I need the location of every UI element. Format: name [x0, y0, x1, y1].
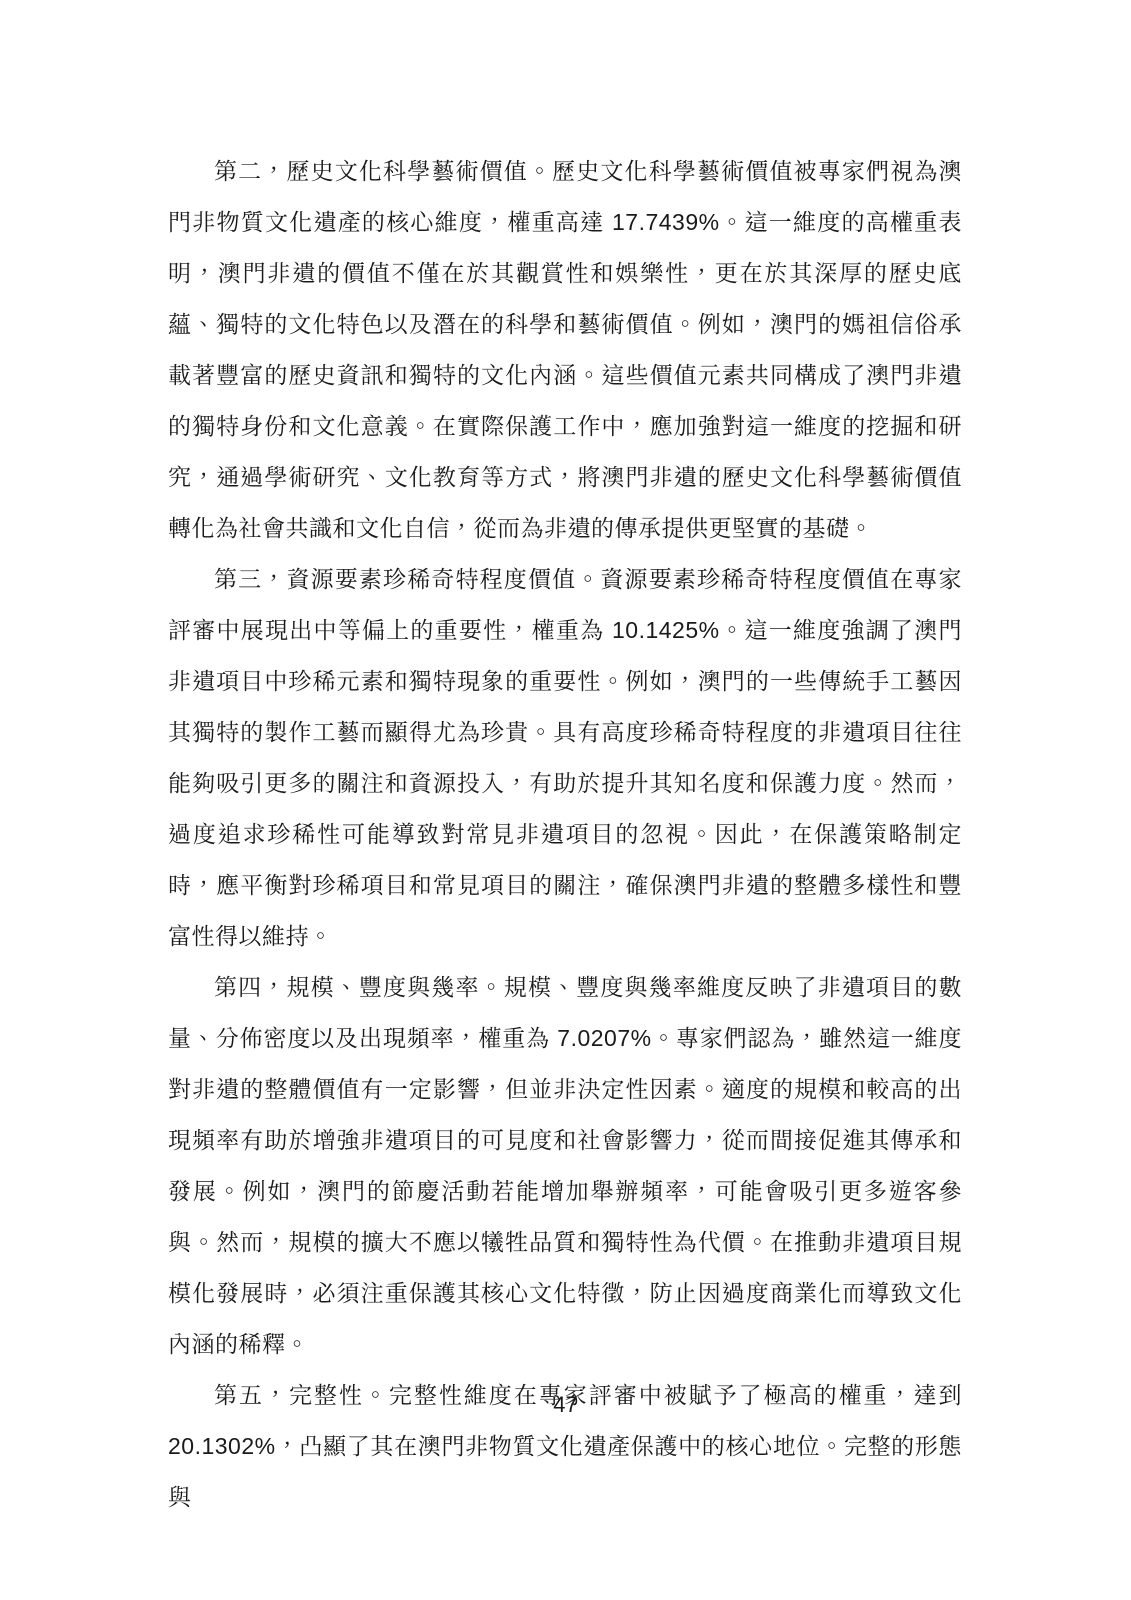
page-number: 47: [0, 1392, 1131, 1418]
paragraph-rarity-value: 第三，資源要素珍稀奇特程度價值。資源要素珍稀奇特程度價值在專家評審中展現出中等偏…: [168, 554, 962, 962]
body-text: 第二，歷史文化科學藝術價值。歷史文化科學藝術價值被專家們視為澳門非物質文化遺產的…: [168, 146, 962, 1523]
paragraph-historical-cultural-value: 第二，歷史文化科學藝術價值。歷史文化科學藝術價值被專家們視為澳門非物質文化遺產的…: [168, 146, 962, 554]
document-page: 第二，歷史文化科學藝術價值。歷史文化科學藝術價值被專家們視為澳門非物質文化遺產的…: [0, 0, 1131, 1600]
paragraph-scale-abundance: 第四，規模、豐度與幾率。規模、豐度與幾率維度反映了非遺項目的數量、分佈密度以及出…: [168, 962, 962, 1370]
